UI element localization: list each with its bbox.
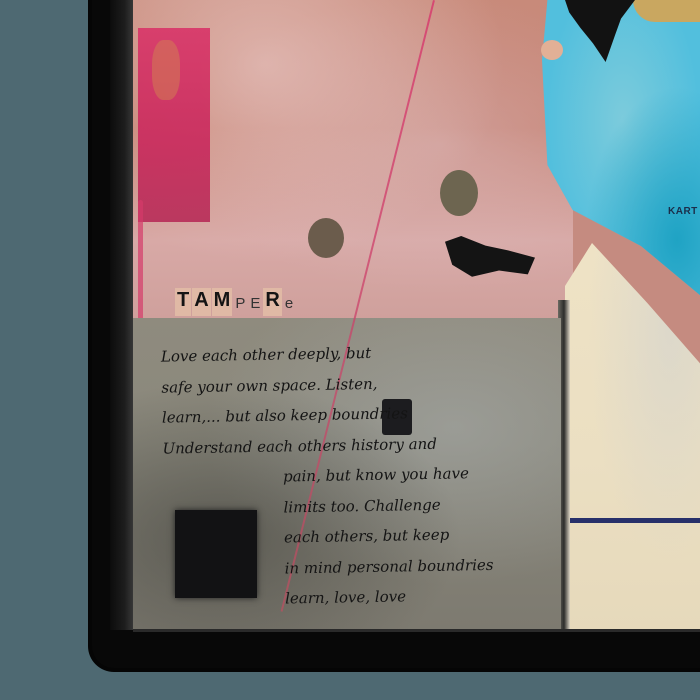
painting-canvas: KART T A M P E R e Love each other deepl…	[133, 0, 700, 630]
peach-blob	[541, 40, 563, 60]
collage-word-tampere: T A M P E R e	[175, 288, 295, 316]
letter-tile: A	[192, 288, 210, 316]
red-rectangle	[138, 28, 210, 222]
navy-rule-line	[570, 518, 700, 523]
letter-tile: T	[175, 288, 191, 316]
yellow-map-patch	[633, 0, 700, 22]
letter-tile: P	[233, 288, 247, 316]
paint-blob	[440, 170, 478, 216]
letter-tile: R	[263, 288, 281, 316]
letter-tile: M	[212, 288, 233, 316]
frame-inner-edge	[110, 0, 134, 630]
map-label: KART	[668, 206, 698, 217]
paint-blob	[308, 218, 344, 258]
handwritten-text: Love each other deeply, but safe your ow…	[161, 334, 576, 616]
canvas-bottom-edge	[133, 629, 700, 632]
letter-tile: e	[283, 288, 295, 316]
letter-tile: E	[248, 288, 262, 316]
